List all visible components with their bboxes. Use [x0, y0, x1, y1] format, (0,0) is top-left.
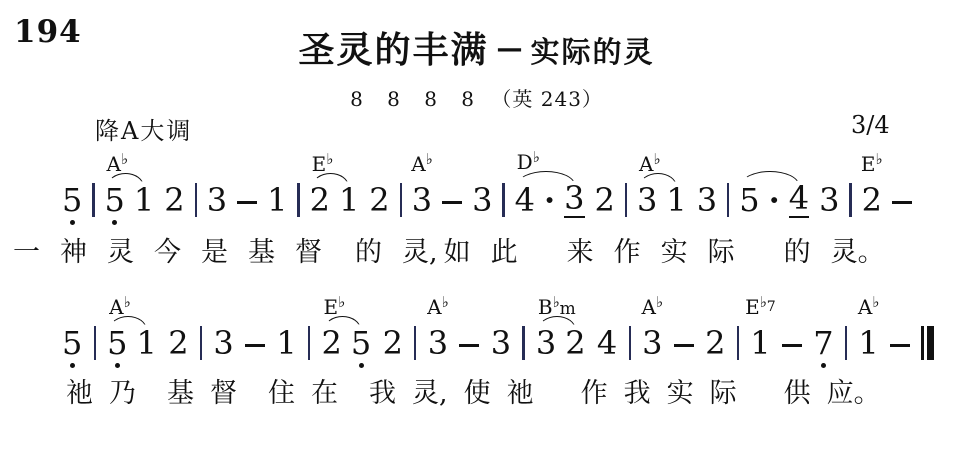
- duration-dash: [892, 201, 912, 204]
- lyric-syllable: 如: [444, 236, 471, 270]
- lyric-syllable: 灵,: [412, 377, 448, 411]
- slur-group: D♭4·3: [515, 180, 585, 218]
- note: A♭3: [412, 182, 432, 218]
- note-digit: 5: [351, 325, 371, 361]
- verse-number: 一: [13, 236, 40, 270]
- chord-root-letter: A: [411, 152, 425, 176]
- flat-sign-icon: ♭: [533, 148, 540, 166]
- chord-symbol: A♭: [107, 152, 129, 174]
- note: 1: [267, 182, 287, 218]
- key-signature: 降A大调: [95, 111, 192, 146]
- barline: [297, 183, 299, 217]
- chord-root-letter: E: [861, 152, 876, 176]
- chord-symbol: A♭: [639, 152, 661, 174]
- lyric-syllable: 灵: [107, 236, 134, 270]
- title-subtitle: 实际的灵: [531, 35, 655, 69]
- lyric-syllable: 神: [60, 236, 87, 270]
- meter-reference: （英 243）: [491, 87, 603, 111]
- slur-group: A♭51: [105, 182, 155, 218]
- lyric-syllable: 基: [248, 236, 275, 270]
- note-digit: 1: [137, 325, 157, 361]
- low-octave-dot: [821, 363, 826, 368]
- slur-group: B♭m32: [536, 325, 586, 361]
- note: 3: [819, 182, 839, 218]
- slur-group: A♭31: [637, 182, 687, 218]
- title-dash-separator: —: [497, 34, 523, 64]
- note-digit: 5: [62, 182, 82, 218]
- note-digit: 3: [412, 182, 432, 218]
- lyric-syllable: 的: [784, 236, 811, 270]
- barline: [400, 183, 402, 217]
- note: 2: [168, 325, 188, 361]
- duration-dash: [442, 201, 462, 204]
- flat-sign-icon: ♭: [326, 150, 333, 168]
- lyric-syllable: 作: [581, 377, 608, 411]
- note-digit: 4: [789, 180, 809, 218]
- note-digit: 5: [105, 182, 125, 218]
- slur-group: E♭25: [322, 325, 372, 361]
- chord-symbol: A♭: [642, 295, 664, 317]
- chord-root-letter: A: [858, 295, 872, 319]
- chord-root-letter: E: [745, 295, 760, 319]
- duration-dash: [459, 344, 479, 347]
- chord-root-letter: A: [427, 295, 441, 319]
- barline: [502, 183, 504, 217]
- final-barline: [921, 326, 933, 360]
- note-digit: 3: [536, 325, 556, 361]
- note-digit: 3: [697, 182, 717, 218]
- flat-sign-icon: ♭: [653, 150, 660, 168]
- note: 2: [164, 182, 184, 218]
- note: 2: [383, 325, 403, 361]
- note-digit: 4: [515, 182, 535, 218]
- barline: [195, 183, 197, 217]
- chord-symbol: E♭7: [745, 295, 776, 317]
- note: 7: [813, 325, 833, 361]
- chord-root-letter: A: [642, 295, 656, 319]
- lyric-syllable: 是: [201, 236, 228, 270]
- lyric-syllable: 督: [210, 377, 237, 411]
- note-digit: 3: [428, 325, 448, 361]
- flat-sign-icon: ♭: [760, 293, 767, 311]
- chord-symbol: A♭: [109, 295, 131, 317]
- low-octave-dot: [70, 220, 75, 225]
- flat-sign-icon: ♭: [876, 150, 883, 168]
- duration-dash: [237, 201, 257, 204]
- page-title: 圣灵的丰满—实际的灵: [0, 22, 953, 73]
- chord-root-letter: D: [517, 150, 533, 174]
- lyric-syllable: 实: [661, 236, 688, 270]
- note-digit: 2: [705, 325, 725, 361]
- note: A♭3: [642, 325, 662, 361]
- barline: [92, 183, 94, 217]
- note-digit: 2: [369, 182, 389, 218]
- note: 1: [276, 325, 296, 361]
- lyric-syllable: 际: [710, 377, 737, 411]
- note-digit: 5: [62, 325, 82, 361]
- note-digit: 1: [267, 182, 287, 218]
- flat-sign-icon: ♭: [124, 293, 131, 311]
- note: A♭3: [428, 325, 448, 361]
- note: 5: [62, 182, 82, 218]
- lyrics-line-1: 一神灵今是基督的灵,如此来作实际的灵。: [13, 236, 885, 270]
- chord-root-letter: B: [538, 295, 553, 319]
- score-line-1: 5A♭51231E♭212A♭33D♭4·32A♭3135·43E♭2: [62, 148, 912, 218]
- flat-sign-icon: ♭: [338, 293, 345, 311]
- slur-group: 5·4: [739, 180, 809, 218]
- duration-dash: [782, 344, 802, 347]
- flat-sign-icon: ♭: [656, 293, 663, 311]
- lyric-syllable: 灵。: [831, 236, 885, 270]
- augmentation-dot: ·: [769, 182, 780, 218]
- lyric-syllable: 祂: [507, 377, 534, 411]
- meter-line: 8 8 8 8 （英 243）: [0, 83, 953, 112]
- lyric-syllable: 基: [167, 377, 194, 411]
- note-digit: 3: [637, 182, 657, 218]
- note-digit: 2: [310, 182, 330, 218]
- note: E♭71: [750, 325, 770, 361]
- lyric-syllable: 际: [708, 236, 735, 270]
- note: 3: [472, 182, 492, 218]
- barline: [200, 326, 202, 360]
- lyrics-line-2: 祂乃基督住在我灵,使祂作我实际供应。: [66, 377, 881, 411]
- lyric-syllable: 住: [268, 377, 295, 411]
- lyric-syllable: 祂: [66, 377, 93, 411]
- note-digit: 1: [666, 182, 686, 218]
- score-line-2: 5A♭51231E♭252A♭33B♭m324A♭32E♭717A♭1: [62, 291, 934, 361]
- low-octave-dot: [115, 363, 120, 368]
- note: 3: [213, 325, 233, 361]
- note-digit: 2: [594, 182, 614, 218]
- note: E♭2: [862, 182, 882, 218]
- chord-root-letter: A: [639, 152, 653, 176]
- lyric-syllable: 作: [614, 236, 641, 270]
- lyric-syllable: 我: [369, 377, 396, 411]
- duration-dash: [890, 344, 910, 347]
- note-digit: 1: [276, 325, 296, 361]
- note-digit: 3: [564, 180, 584, 218]
- barline: [414, 326, 416, 360]
- note-digit: 1: [858, 325, 878, 361]
- note-digit: 1: [339, 182, 359, 218]
- lyric-syllable: 应。: [827, 377, 881, 411]
- lyric-syllable: 督: [295, 236, 322, 270]
- flat-sign-icon: ♭: [872, 293, 879, 311]
- flat-sign-icon: ♭: [121, 150, 128, 168]
- lyric-syllable: 使: [464, 377, 491, 411]
- lyric-syllable: 乃: [109, 377, 136, 411]
- note-digit: 7: [813, 325, 833, 361]
- augmentation-dot: ·: [544, 182, 555, 218]
- low-octave-dot: [70, 363, 75, 368]
- chord-symbol: E♭: [312, 152, 334, 174]
- barline: [625, 183, 627, 217]
- slur-group: E♭21: [310, 182, 360, 218]
- duration-dash: [245, 344, 265, 347]
- chord-symbol: B♭m: [538, 295, 576, 318]
- chord-extension: 7: [767, 299, 776, 315]
- note-digit: 3: [213, 325, 233, 361]
- chord-root-letter: E: [324, 295, 339, 319]
- note-digit: 3: [472, 182, 492, 218]
- barline: [308, 326, 310, 360]
- note-digit: 1: [750, 325, 770, 361]
- low-octave-dot: [359, 363, 364, 368]
- hymn-page: 194 圣灵的丰满—实际的灵 8 8 8 8 （英 243） 降A大调 3/4 …: [0, 0, 953, 457]
- note-digit: 2: [383, 325, 403, 361]
- chord-symbol: E♭: [324, 295, 346, 317]
- chord-symbol: A♭: [858, 295, 880, 317]
- flat-sign-icon: ♭: [553, 293, 560, 311]
- note-digit: 2: [168, 325, 188, 361]
- lyric-syllable: 我: [624, 377, 651, 411]
- lyric-syllable: 供: [784, 377, 811, 411]
- note: 5: [62, 325, 82, 361]
- lyric-syllable: 此: [491, 236, 518, 270]
- note-digit: 4: [597, 325, 617, 361]
- note: 2: [369, 182, 389, 218]
- note: 3: [697, 182, 717, 218]
- note-digit: 2: [565, 325, 585, 361]
- lyric-syllable: 灵,: [402, 236, 438, 270]
- lyric-syllable: 在: [311, 377, 338, 411]
- barline: [849, 183, 851, 217]
- chord-symbol: D♭: [517, 150, 540, 172]
- note-digit: 2: [862, 182, 882, 218]
- title-main: 圣灵的丰满: [298, 30, 488, 71]
- note: 2: [594, 182, 614, 218]
- final-bar-thick: [927, 326, 934, 360]
- low-octave-dot: [112, 220, 117, 225]
- lyric-syllable: 实: [667, 377, 694, 411]
- chord-symbol: A♭: [411, 152, 433, 174]
- note-digit: 3: [642, 325, 662, 361]
- note-digit: 2: [322, 325, 342, 361]
- barline: [522, 326, 524, 360]
- chord-root-letter: A: [109, 295, 123, 319]
- duration-dash: [674, 344, 694, 347]
- note: A♭1: [858, 325, 878, 361]
- barline: [629, 326, 631, 360]
- chord-root-letter: E: [312, 152, 327, 176]
- final-bar-thin: [921, 326, 923, 360]
- chord-root-letter: A: [107, 152, 121, 176]
- lyric-syllable: 来: [567, 236, 594, 270]
- slur-group: A♭51: [107, 325, 157, 361]
- note: 4: [597, 325, 617, 361]
- note-digit: 3: [491, 325, 511, 361]
- time-signature: 3/4: [851, 111, 890, 139]
- lyric-syllable: 的: [355, 236, 382, 270]
- note-digit: 5: [739, 182, 759, 218]
- note-digit: 3: [207, 182, 227, 218]
- note-digit: 5: [107, 325, 127, 361]
- chord-symbol: A♭: [427, 295, 449, 317]
- barline: [845, 326, 847, 360]
- barline: [94, 326, 96, 360]
- chord-symbol: E♭: [861, 152, 883, 174]
- note-digit: 1: [134, 182, 154, 218]
- note: 3: [207, 182, 227, 218]
- lyric-syllable: 今: [154, 236, 181, 270]
- barline: [737, 326, 739, 360]
- flat-sign-icon: ♭: [442, 293, 449, 311]
- note: 2: [705, 325, 725, 361]
- barline: [727, 183, 729, 217]
- note-digit: 3: [819, 182, 839, 218]
- flat-sign-icon: ♭: [426, 150, 433, 168]
- meter-pattern: 8 8 8 8: [350, 87, 483, 111]
- note: 3: [491, 325, 511, 361]
- note-digit: 2: [164, 182, 184, 218]
